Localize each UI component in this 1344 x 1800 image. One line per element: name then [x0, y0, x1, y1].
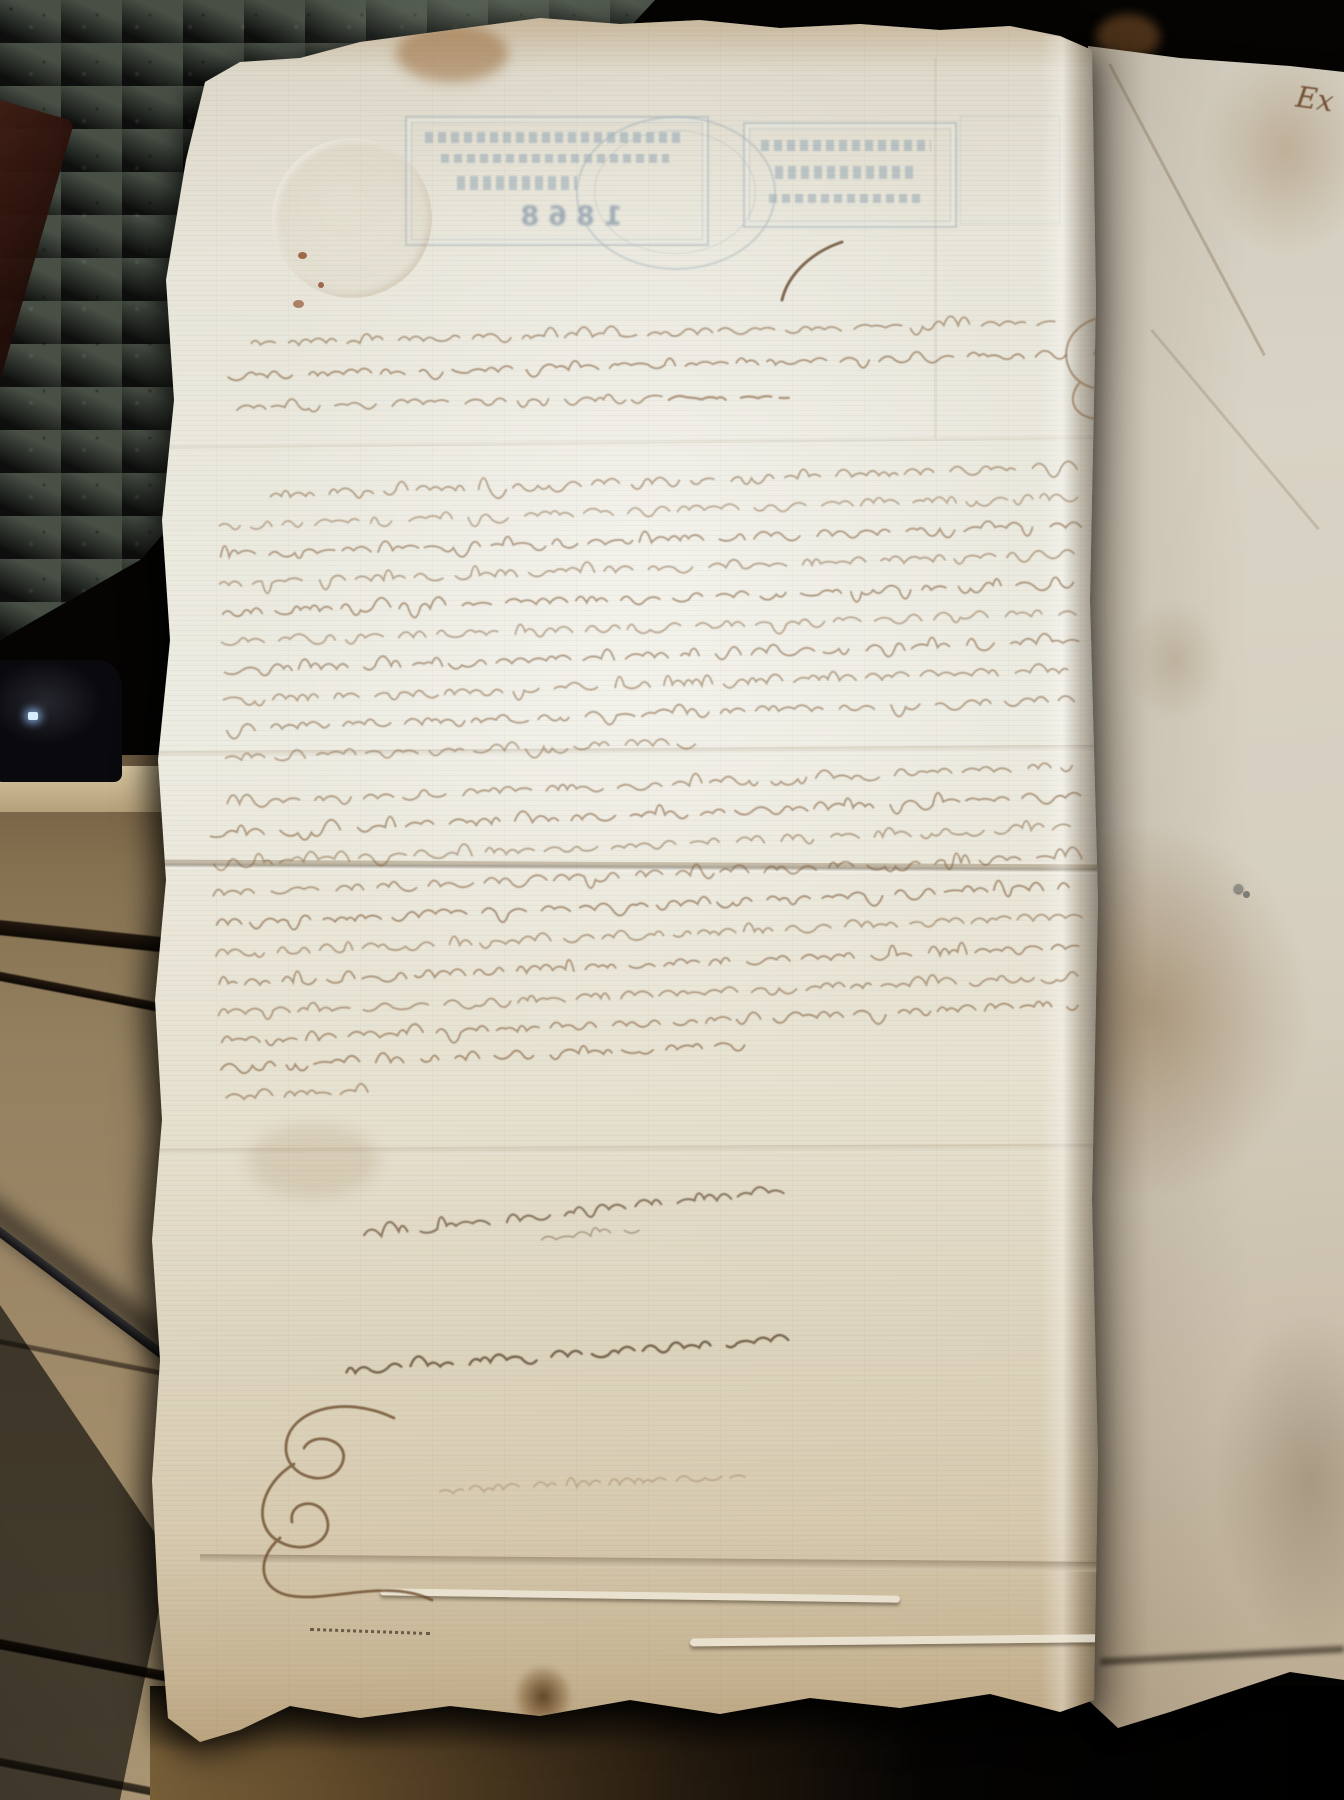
manuscript-page: 1868 [0, 0, 1344, 1800]
script-layer [0, 0, 1344, 1800]
script-paragraph-2 [204, 743, 1094, 1151]
mold-stain [1158, 68, 1222, 192]
stamp-pen-stroke [776, 238, 848, 304]
script-signature-line [329, 1295, 814, 1418]
initial-flourish [1046, 310, 1154, 428]
script-header [220, 289, 1083, 441]
signature-rubric [236, 1402, 446, 1607]
photo-stage: Ex 1868 [0, 0, 1344, 1800]
script-paragraph-1 [210, 440, 1091, 790]
script-dateline [337, 1154, 814, 1293]
script-ghost-line [429, 1451, 772, 1529]
main-leaf-wrap: 1868 [0, 0, 1344, 1800]
